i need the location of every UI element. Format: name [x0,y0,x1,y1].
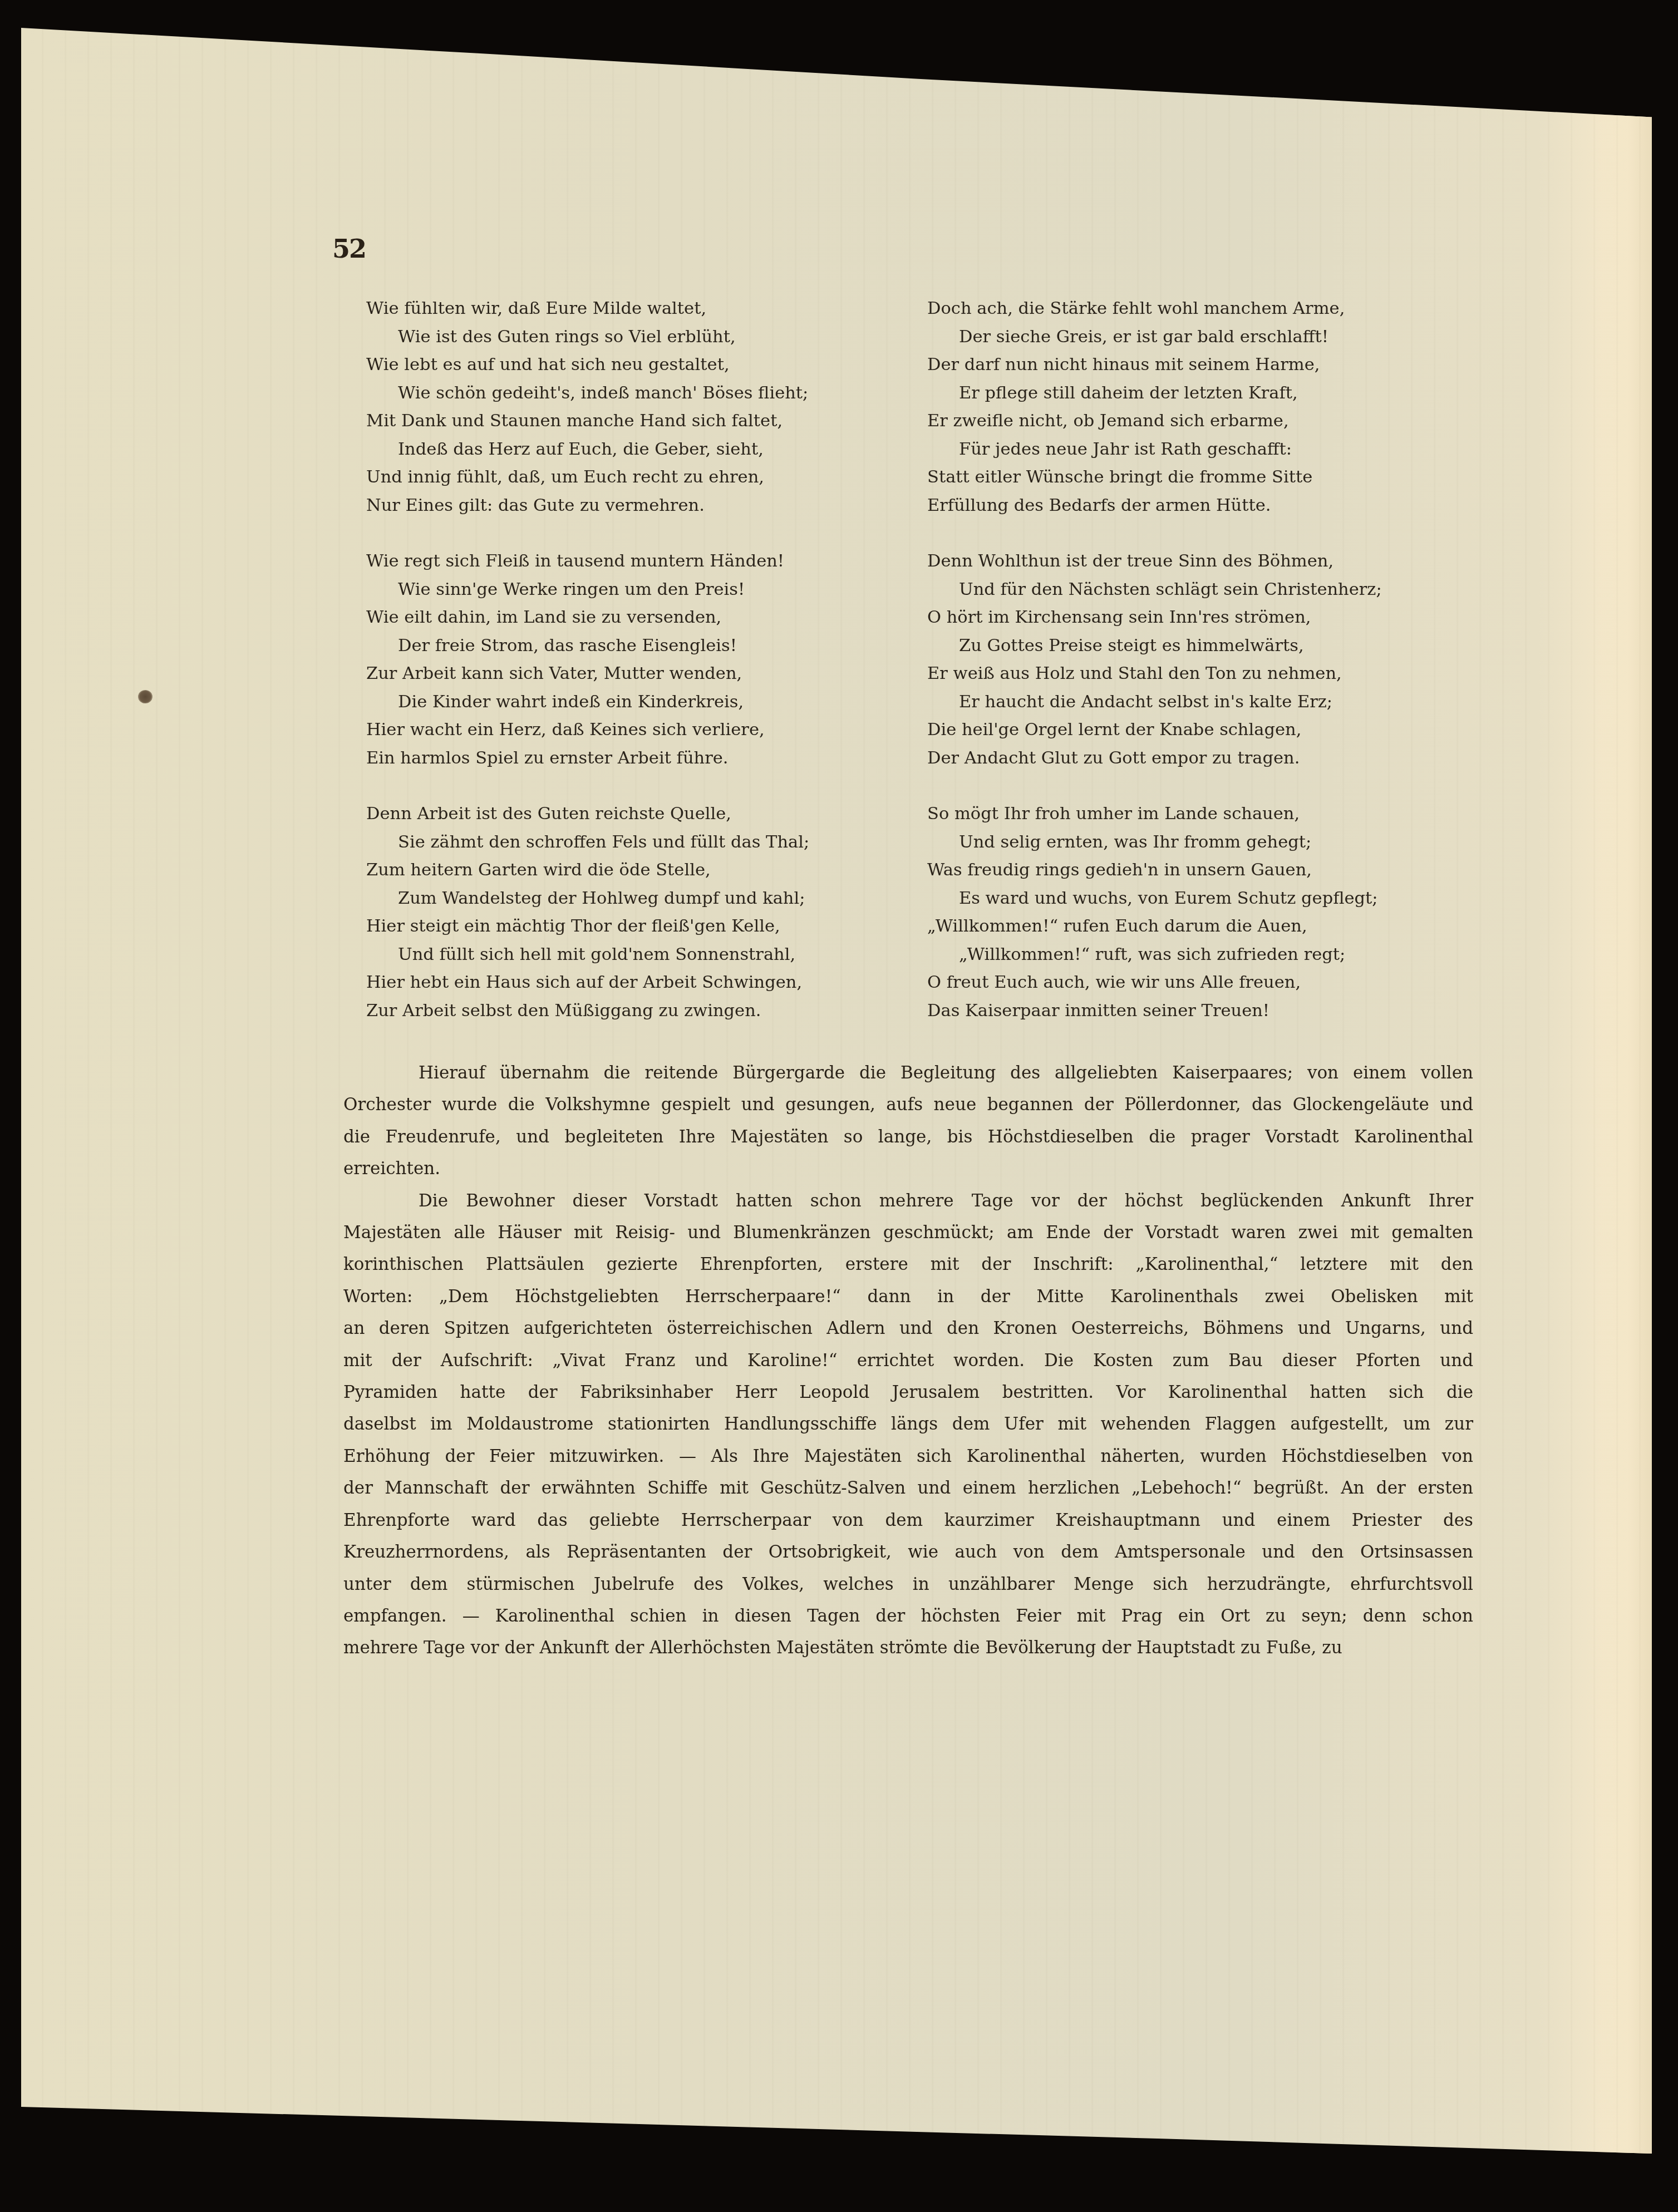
prose-paragraph: Hierauf übernahm die reitende Bürgergard… [343,1057,1473,1185]
poem-stanza: Denn Wohlthun ist der treue Sinn des Böh… [927,548,1484,772]
poem-verse-line: Wie eilt dahin, im Land sie zu versenden… [366,604,900,632]
prose-line: an deren Spitzen aufgerichteten österrei… [343,1313,1473,1344]
prose-paragraph: Die Bewohner dieser Vorstadt hatten scho… [343,1185,1473,1664]
poem-verse-line: Er haucht die Andacht selbst in's kalte … [927,688,1484,717]
poem-verse-line: Zu Gottes Preise steigt es himmelwärts, [927,632,1484,661]
poem-verse-line: Wie regt sich Fleiß in tausend muntern H… [366,548,900,576]
prose-line: mehrere Tage vor der Ankunft der Allerhö… [343,1632,1473,1664]
poem-stanza: Denn Arbeit ist des Guten reichste Quell… [366,800,900,1025]
prose-line: Kreuzherrnordens, als Repräsentanten der… [343,1536,1473,1568]
poem-verse-line: Denn Wohlthun ist der treue Sinn des Böh… [927,548,1484,576]
poem-verse-line: Hier steigt ein mächtig Thor der fleiß'g… [366,913,900,941]
poem-verse-line: Hier hebt ein Haus sich auf der Arbeit S… [366,969,900,997]
prose-line: Hierauf übernahm die reitende Bürgergard… [343,1057,1473,1089]
poem-verse-line: „Willkommen!“ rufen Euch darum die Auen, [927,913,1484,941]
prose-line: erreichten. [343,1153,1473,1185]
paper-blemish [138,690,152,703]
poem-verse-line: Was freudig rings gedieh'n in unsern Gau… [927,856,1484,885]
poem-verse-line: Das Kaiserpaar inmitten seiner Treuen! [927,997,1484,1026]
poem-verse-line: Zur Arbeit kann sich Vater, Mutter wende… [366,660,900,688]
prose-line: die Freudenrufe, und begleiteten Ihre Ma… [343,1121,1473,1153]
poem-verse-line: Der freie Strom, das rasche Eisengleis! [366,632,900,661]
poem-verse-line: Die heil'ge Orgel lernt der Knabe schlag… [927,716,1484,745]
poem-verse-line: Indeß das Herz auf Euch, die Geber, sieh… [366,436,900,464]
poem-verse-line: Statt eitler Wünsche bringt die fromme S… [927,464,1484,492]
prose-line: der Mannschaft der erwähnten Schiffe mit… [343,1472,1473,1504]
prose-line: Majestäten alle Häuser mit Reisig- und B… [343,1217,1473,1249]
poem-verse-line: Erfüllung des Bedarfs der armen Hütte. [927,492,1484,520]
poem-verse-line: Es ward und wuchs, von Eurem Schutz gepf… [927,885,1484,913]
poem-verse-line: Wie fühlten wir, daß Eure Milde waltet, [366,295,900,323]
poem-verse-line: Er pflege still daheim der letzten Kraft… [927,380,1484,408]
prose-line: mit der Aufschrift: „Vivat Franz und Kar… [343,1345,1473,1377]
prose-line: Die Bewohner dieser Vorstadt hatten scho… [343,1185,1473,1217]
prose-line: daselbst im Moldaustrome stationirten Ha… [343,1408,1473,1440]
prose-line: korinthischen Plattsäulen gezierte Ehren… [343,1249,1473,1280]
poem-verse-line: Hier wacht ein Herz, daß Keines sich ver… [366,716,900,745]
poem-verse-line: Zum heitern Garten wird die öde Stelle, [366,856,900,885]
poem-verse-line: Und füllt sich hell mit gold'nem Sonnens… [366,941,900,969]
prose-body: Hierauf übernahm die reitende Bürgergard… [343,1057,1473,1664]
poem-verse-line: Zur Arbeit selbst den Müßiggang zu zwing… [366,997,900,1026]
poem-verse-line: Die Kinder wahrt indeß ein Kinderkreis, [366,688,900,717]
page-gutter-shading [1591,28,1652,2154]
poem-verse-line: Wie lebt es auf und hat sich neu gestalt… [366,351,900,380]
prose-line: Worten: „Dem Höchstgeliebten Herrscherpa… [343,1281,1473,1313]
poem-verse-line: O freut Euch auch, wie wir uns Alle freu… [927,969,1484,997]
poem-verse-line: Er weiß aus Holz und Stahl den Ton zu ne… [927,660,1484,688]
poem-verse-line: Nur Eines gilt: das Gute zu vermehren. [366,492,900,520]
poem-stanza: So mögt Ihr froh umher im Lande schauen,… [927,800,1484,1025]
poem-verse-line: So mögt Ihr froh umher im Lande schauen, [927,800,1484,829]
poem-verse-line: Doch ach, die Stärke fehlt wohl manchem … [927,295,1484,323]
poem-verse-line: Er zweifle nicht, ob Jemand sich erbarme… [927,407,1484,436]
poem-verse-line: Wie sinn'ge Werke ringen um den Preis! [366,576,900,604]
poem-verse-line: Wie ist des Guten rings so Viel erblüht, [366,323,900,352]
poem-left-column: Wie fühlten wir, daß Eure Milde waltet,W… [366,295,900,1025]
poem-verse-line: Und innig fühlt, daß, um Euch recht zu e… [366,464,900,492]
poem-stanza: Wie fühlten wir, daß Eure Milde waltet,W… [366,295,900,520]
prose-line: Pyramiden hatte der Fabriksinhaber Herr … [343,1377,1473,1408]
poem-verse-line: Und selig ernten, was Ihr fromm gehegt; [927,829,1484,857]
poem-verse-line: Für jedes neue Jahr ist Rath geschafft: [927,436,1484,464]
poem-verse-line: O hört im Kirchensang sein Inn'res ström… [927,604,1484,632]
prose-line: Ehrenpforte ward das geliebte Herrscherp… [343,1505,1473,1536]
poem-verse-line: Wie schön gedeiht's, indeß manch' Böses … [366,380,900,408]
poem-stanza: Wie regt sich Fleiß in tausend muntern H… [366,548,900,772]
page-number: 52 [332,234,366,264]
poem-verse-line: Mit Dank und Staunen manche Hand sich fa… [366,407,900,436]
poem-verse-line: Ein harmlos Spiel zu ernster Arbeit führ… [366,745,900,773]
poem-verse-line: Zum Wandelsteg der Hohlweg dumpf und kah… [366,885,900,913]
poem-verse-line: Der darf nun nicht hinaus mit seinem Har… [927,351,1484,380]
poem-verse-line: Denn Arbeit ist des Guten reichste Quell… [366,800,900,829]
prose-line: unter dem stürmischen Jubelrufe des Volk… [343,1569,1473,1600]
prose-line: empfangen. — Karolinenthal schien in die… [343,1600,1473,1632]
poem-verse-line: Sie zähmt den schroffen Fels und füllt d… [366,829,900,857]
poem-verse-line: Der Andacht Glut zu Gott empor zu tragen… [927,745,1484,773]
poem-verse-line: „Willkommen!“ ruft, was sich zufrieden r… [927,941,1484,969]
prose-line: Orchester wurde die Volkshymne gespielt … [343,1089,1473,1121]
poem-stanza: Doch ach, die Stärke fehlt wohl manchem … [927,295,1484,520]
poem-verse-line: Der sieche Greis, er ist gar bald erschl… [927,323,1484,352]
prose-line: Erhöhung der Feier mitzuwirken. — Als Ih… [343,1441,1473,1472]
poem-verse-line: Und für den Nächsten schlägt sein Christ… [927,576,1484,604]
poem-right-column: Doch ach, die Stärke fehlt wohl manchem … [927,295,1484,1025]
